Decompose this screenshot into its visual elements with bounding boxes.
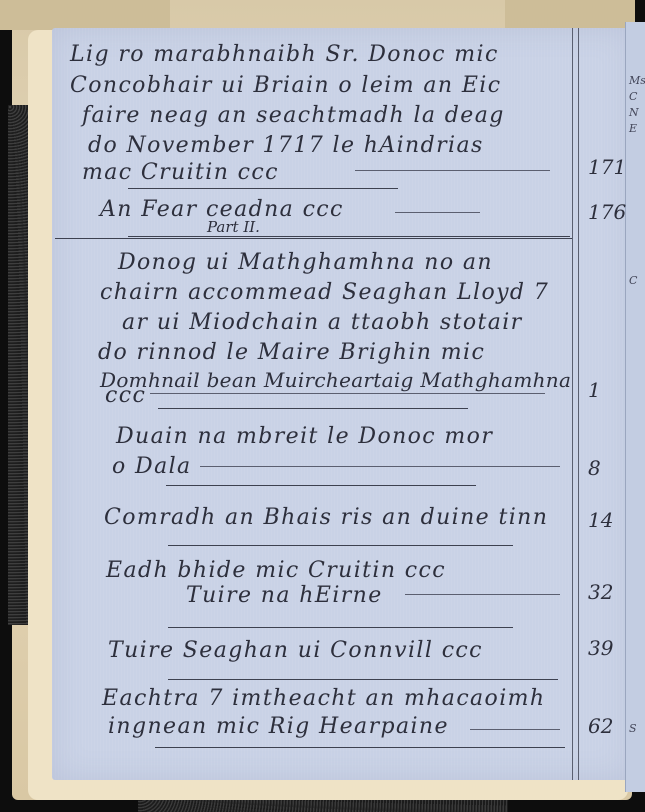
column-rule: [572, 28, 573, 780]
entry-divider: [128, 188, 398, 189]
leader-line: [395, 212, 480, 213]
leader-line: [150, 393, 545, 394]
leader-line: [355, 170, 550, 171]
entry-divider: [155, 747, 565, 748]
page-number: 1: [588, 378, 601, 402]
page-number: 39: [588, 636, 613, 660]
entry-text: Eachtra 7 imtheacht an mhacaoimh: [102, 686, 545, 711]
entry-divider: [166, 485, 476, 486]
section-divider: [128, 236, 570, 237]
entry-divider: [168, 545, 513, 546]
facing-page-fragment: E: [629, 122, 637, 135]
page-number: 171: [588, 155, 626, 179]
entry-text: Comradh an Bhais ris an duine tinn: [104, 505, 548, 530]
facing-page-fragment: C: [629, 274, 637, 287]
page-number: 14: [588, 508, 613, 532]
entry-text: Eadh bhide mic Cruitin ccc: [106, 558, 446, 583]
entry-text: Duain na mbreit le Donoc mor: [116, 424, 493, 449]
entry-divider: [158, 408, 468, 409]
entry-text: ccc: [105, 383, 146, 408]
entry-text: Tuire na hEirne: [186, 583, 383, 608]
entry-text: Concobhair ui Briain o leim an Eic: [70, 73, 501, 98]
entry-text: do rinnod le Maire Brighin mic: [98, 340, 485, 365]
leader-line: [470, 729, 560, 730]
entry-text: chairn accommead Seaghan Lloyd 7: [100, 280, 549, 305]
entry-divider: [168, 627, 513, 628]
facing-page-fragment: C: [629, 90, 637, 103]
entry-text: Tuire Seaghan ui Connvill ccc: [108, 638, 483, 663]
page-number: 176: [588, 200, 626, 224]
facing-page-fragment: Ms: [629, 74, 645, 87]
board-corner: [505, 0, 635, 30]
leader-line: [405, 594, 560, 595]
leader-line: [200, 466, 560, 467]
page-number: 32: [588, 580, 613, 604]
entry-divider: [168, 679, 558, 680]
section-heading: Part II.: [207, 218, 260, 236]
facing-page-edge: Ms C N E C S: [625, 22, 645, 792]
facing-page-fragment: N: [629, 106, 639, 119]
page-number: 62: [588, 714, 613, 738]
section-divider: [55, 238, 572, 239]
entry-text: ar ui Miodchain a ttaobh stotair: [122, 310, 523, 335]
entry-text: faire neag an seachtmadh la deag: [82, 103, 505, 128]
entry-text: ingnean mic Rig Hearpaine: [108, 714, 449, 739]
entry-text: Domhnail bean Muircheartaig Mathghamhna: [100, 368, 571, 392]
entry-text: do November 1717 le hAindrias: [88, 133, 484, 158]
entry-text: Lig ro marabhnaibh Sr. Donoc mic: [70, 42, 499, 67]
entry-text: o Dala: [112, 454, 192, 479]
column-rule: [578, 28, 579, 780]
board-corner: [0, 0, 170, 30]
entry-text: mac Cruitin ccc: [82, 160, 279, 185]
facing-page-fragment: S: [629, 722, 637, 735]
entry-text: Donog ui Mathghamhna no an: [118, 250, 493, 275]
page-number: 8: [588, 456, 601, 480]
